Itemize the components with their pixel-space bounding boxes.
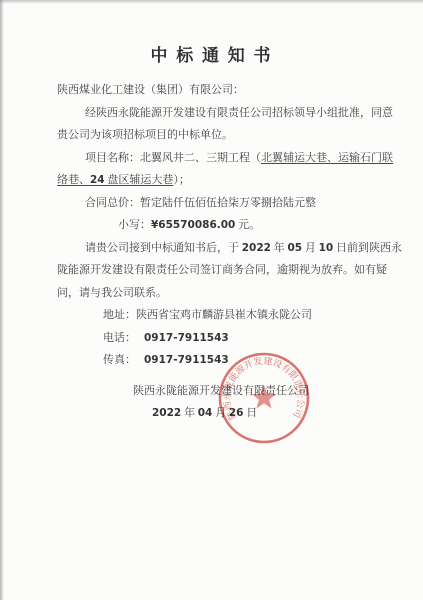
signature-company-line: 陕西永陇能源开发建设有限责任公司 [57,380,409,403]
phone-label: 电话： [103,332,136,344]
contract-total-line: 合同总价：暂定陆仟伍佰伍拾柒万零捌拾陆元整 [57,192,409,215]
address-line: 地址：陕西省宝鸡市麟游县崔木镇永陇公司 [57,304,409,327]
address-value: 陕西省宝鸡市麟游县崔木镇永陇公司 [136,309,312,321]
recipient-line: 陕西煤业化工建设（集团）有限公司： [57,79,409,102]
address-label: 地址： [103,309,136,321]
deadline-line-2: 陇能源开发建设有限责任公司签订商务合同，逾期视为放弃。如有疑 [57,259,409,282]
project-name-underlined-2: 络巷、24 盘区辅运大巷 [57,174,173,186]
approval-line-2: 贵公司为该项招标项目的中标单位。 [57,124,409,147]
contract-small-line: 小写：¥65570086.00 元。 [57,214,409,237]
fax-label: 传真： [103,354,136,366]
contract-amount-words: 暂定陆仟伍佰伍拾柒万零捌拾陆元整 [140,197,316,209]
contract-label: 合同总价： [85,197,140,209]
project-name-underlined-1: 北翼辅运大巷、运输石门联 [261,152,393,164]
small-amount-label: 小写： [118,219,151,231]
approval-line-1: 经陕西永陇能源开发建设有限责任公司招标领导小组批准，同意 [57,102,409,125]
project-name-line-1: 项目名称：北翼风井二、三期工程（北翼辅运大巷、运输石门联 [57,147,409,170]
page-title: 中 标 通 知 书 [0,46,423,66]
deadline-line-3: 问，请与我公司联系。 [57,282,409,305]
phone-line: 电话：0917-7911543 [57,327,409,350]
fax-value: 0917-7911543 [144,354,229,366]
project-name-prefix: 北翼风井二、三期工程（ [140,152,261,164]
phone-value: 0917-7911543 [144,332,229,344]
fax-line: 传真：0917-7911543 [57,349,409,372]
signature-date-line: 2022 年 04 月 26 日 [57,402,409,425]
document-body: 陕西煤业化工建设（集团）有限公司： 经陕西永陇能源开发建设有限责任公司招标领导小… [0,66,423,425]
deadline-line-1: 请贵公司接到中标通知书后，于 2022 年 05 月 10 日前到陕西永 [57,237,409,260]
project-label: 项目名称： [85,152,140,164]
scan-edge-top [0,0,423,4]
small-amount-value: ¥65570086.00 元。 [151,219,260,231]
project-name-line-2: 络巷、24 盘区辅运大巷）； [57,169,409,192]
scanned-document-page: 中 标 通 知 书 陕西煤业化工建设（集团）有限公司： 经陕西永陇能源开发建设有… [0,0,423,600]
project-name-suffix: ）； [173,174,190,186]
